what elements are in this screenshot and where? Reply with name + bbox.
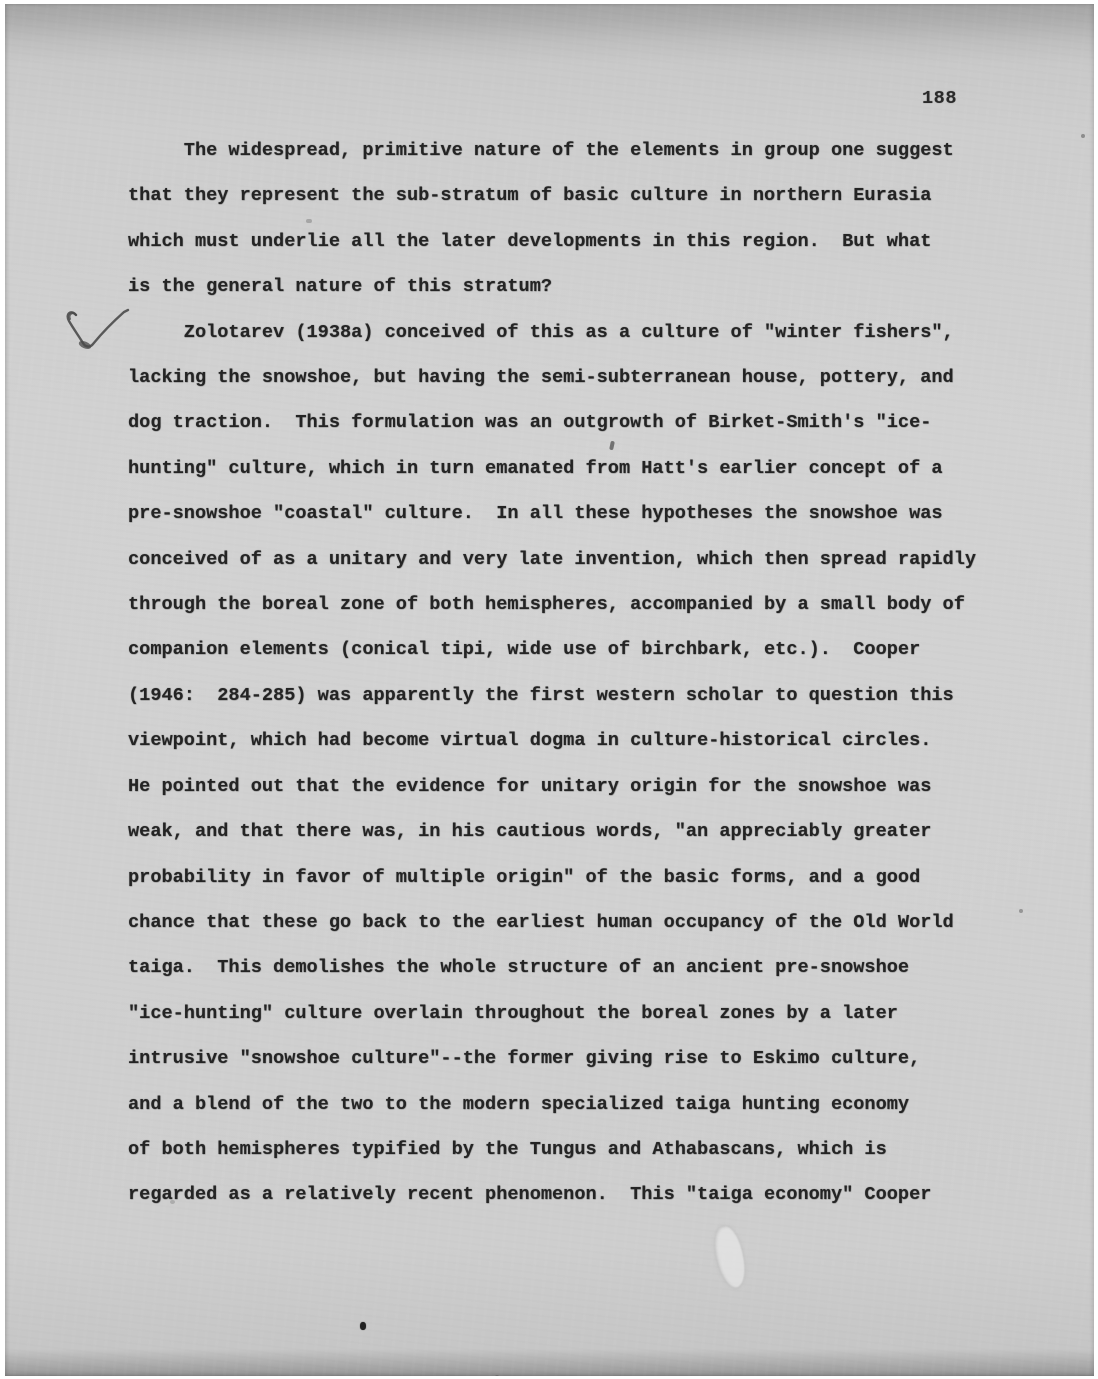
text-line: The widespread, primitive nature of the … xyxy=(128,128,1028,173)
text-line: He pointed out that the evidence for uni… xyxy=(128,764,1028,809)
text-line: conceived of as a unitary and very late … xyxy=(128,537,1028,582)
text-line: regarded as a relatively recent phenomen… xyxy=(128,1172,1028,1217)
text-line: weak, and that there was, in his cautiou… xyxy=(128,809,1028,854)
scanned-document-page: 188 The widespread, primitive nature of … xyxy=(0,0,1098,1379)
text-line: of both hemispheres typified by the Tung… xyxy=(128,1127,1028,1172)
text-line: chance that these go back to the earlies… xyxy=(128,900,1028,945)
text-line: "ice-hunting" culture overlain throughou… xyxy=(128,991,1028,1036)
scan-smudge xyxy=(710,1224,750,1290)
text-line: viewpoint, which had become virtual dogm… xyxy=(128,718,1028,763)
page-number: 188 xyxy=(922,88,957,109)
scan-speck xyxy=(360,1322,366,1330)
text-line: intrusive "snowshoe culture"--the former… xyxy=(128,1036,1028,1081)
text-line: probability in favor of multiple origin"… xyxy=(128,855,1028,900)
text-line: and a blend of the two to the modern spe… xyxy=(128,1082,1028,1127)
text-line: dog traction. This formulation was an ou… xyxy=(128,400,1028,445)
text-line: through the boreal zone of both hemisphe… xyxy=(128,582,1028,627)
text-line: companion elements (conical tipi, wide u… xyxy=(128,627,1028,672)
text-line: taiga. This demolishes the whole structu… xyxy=(128,945,1028,990)
text-line: Zolotarev (1938a) conceived of this as a… xyxy=(128,310,1028,355)
text-line: is the general nature of this stratum? xyxy=(128,264,1028,309)
handwritten-checkmark-icon xyxy=(60,301,138,363)
text-line: (1946: 284-285) was apparently the first… xyxy=(128,673,1028,718)
scan-speck xyxy=(495,1375,499,1376)
text-line: which must underlie all the later develo… xyxy=(128,219,1028,264)
text-line: that they represent the sub-stratum of b… xyxy=(128,173,1028,218)
text-line: lacking the snowshoe, but having the sem… xyxy=(128,355,1028,400)
text-line: pre-snowshoe "coastal" culture. In all t… xyxy=(128,491,1028,536)
scan-speck xyxy=(1081,134,1085,138)
paper-surface: 188 The widespread, primitive nature of … xyxy=(5,4,1094,1376)
text-line: hunting" culture, which in turn emanated… xyxy=(128,446,1028,491)
document-text: The widespread, primitive nature of the … xyxy=(128,128,1028,1218)
